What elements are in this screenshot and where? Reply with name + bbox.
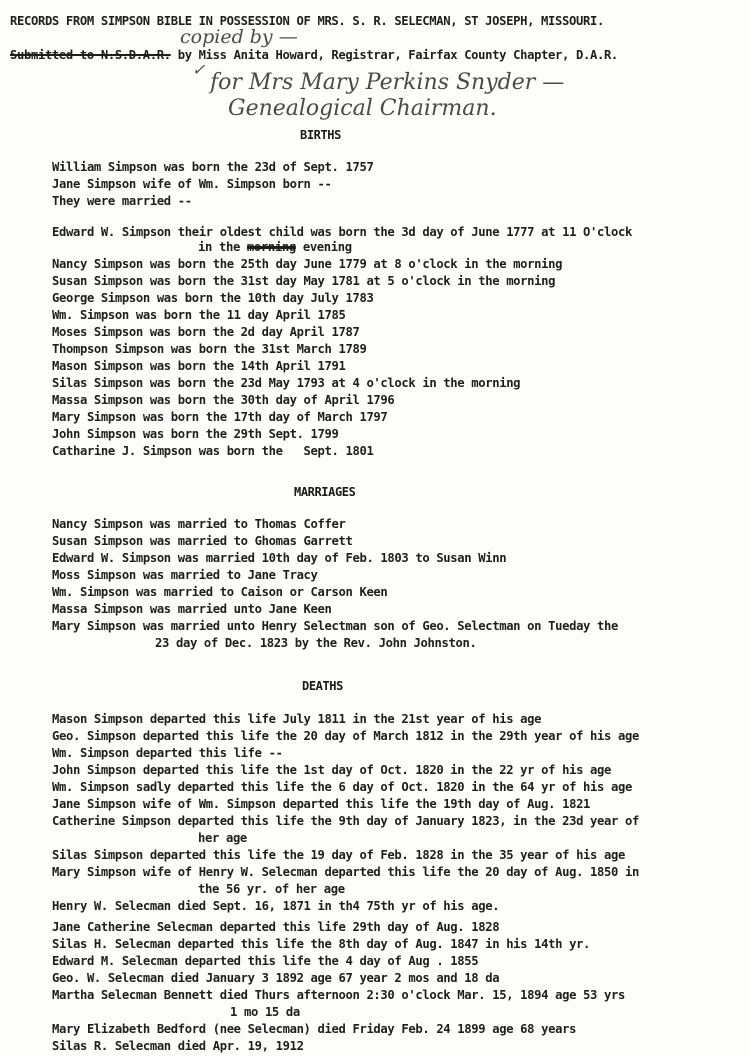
births-entry: Susan Simpson was born the 31st day May … [52, 274, 555, 288]
births-heading: BIRTHS [300, 128, 341, 142]
deaths-entry: Mary Elizabeth Bedford (nee Selecman) di… [52, 1022, 576, 1036]
births-entry: Catharine J. Simpson was born the Sept. … [52, 444, 373, 458]
deaths-entry: 1 mo 15 da [230, 1005, 300, 1019]
births-entry: Jane Simpson wife of Wm. Simpson born -- [52, 177, 332, 191]
marriages-entry: Edward W. Simpson was married 10th day o… [52, 551, 506, 565]
marriages-entry: Moss Simpson was married to Jane Tracy [52, 568, 318, 582]
marriages-entry: Nancy Simpson was married to Thomas Coff… [52, 517, 345, 531]
births-entry: George Simpson was born the 10th day Jul… [52, 291, 373, 305]
deaths-entry: Edward M. Selecman departed this life th… [52, 954, 478, 968]
submitted-by-text: by Miss Anita Howard, Registrar, Fairfax… [171, 48, 618, 62]
births-entry: Wm. Simpson was born the 11 day April 17… [52, 308, 345, 322]
marriages-entry: Massa Simpson was married unto Jane Keen [52, 602, 332, 616]
deaths-entry: Geo. W. Selecman died January 3 1892 age… [52, 971, 499, 985]
births-entry: John Simpson was born the 29th Sept. 179… [52, 427, 339, 441]
deaths-entry: Silas Simpson departed this life the 19 … [52, 848, 625, 862]
deaths-entry: John Simpson departed this life the 1st … [52, 763, 611, 777]
births-entry: Mason Simpson was born the 14th April 17… [52, 359, 345, 373]
marriages-entry: Susan Simpson was married to Ghomas Garr… [52, 534, 352, 548]
document-title: RECORDS FROM SIMPSON BIBLE IN POSSESSION… [10, 14, 604, 28]
deaths-heading: DEATHS [302, 679, 343, 693]
deaths-entry: Silas R. Selecman died Apr. 19, 1912 [52, 1039, 304, 1053]
births-entry: Silas Simpson was born the 23d May 1793 … [52, 376, 520, 390]
continuation-suffix: evening [296, 240, 352, 254]
struck-submitted-text: Submitted to N.S.D.A.R. [10, 48, 171, 62]
births-entry: Edward W. Simpson their oldest child was… [52, 225, 632, 239]
deaths-entry: Wm. Simpson sadly departed this life the… [52, 780, 632, 794]
deaths-entry: Catherine Simpson departed this life the… [52, 814, 639, 828]
handwritten-note-line1: for Mrs Mary Perkins Snyder — [210, 70, 564, 95]
deaths-entry: Henry W. Selecman died Sept. 16, 1871 in… [52, 899, 499, 913]
births-entry: Mary Simpson was born the 17th day of Ma… [52, 410, 387, 424]
births-entry: Moses Simpson was born the 2d day April … [52, 325, 359, 339]
handwritten-copied-by: copied by — [180, 26, 298, 48]
deaths-entry: Jane Simpson wife of Wm. Simpson departe… [52, 797, 590, 811]
births-entry: Thompson Simpson was born the 31st March… [52, 342, 366, 356]
deaths-entry: the 56 yr. of her age [198, 882, 345, 896]
marriages-heading: MARRIAGES [294, 485, 355, 499]
deaths-entry: Mason Simpson departed this life July 18… [52, 712, 541, 726]
struck-word: morning [247, 240, 296, 254]
marriages-entry: Mary Simpson was married unto Henry Sele… [52, 619, 618, 633]
check-mark-icon: ✓ [192, 60, 205, 79]
births-entry: William Simpson was born the 23d of Sept… [52, 160, 373, 174]
deaths-entry: Mary Simpson wife of Henry W. Selecman d… [52, 865, 639, 879]
deaths-entry: Silas H. Selecman departed this life the… [52, 937, 590, 951]
marriages-entry: Wm. Simpson was married to Caison or Car… [52, 585, 387, 599]
deaths-entry: Wm. Simpson departed this life -- [52, 746, 283, 760]
continuation-prefix: in the [198, 240, 247, 254]
deaths-entry: Jane Catherine Selecman departed this li… [52, 920, 499, 934]
deaths-entry: Geo. Simpson departed this life the 20 d… [52, 729, 639, 743]
deaths-entry: Martha Selecman Bennett died Thurs after… [52, 988, 625, 1002]
marriages-entry: 23 day of Dec. 1823 by the Rev. John Joh… [155, 636, 476, 650]
handwritten-note-line2: Genealogical Chairman. [228, 96, 497, 121]
births-entry: Massa Simpson was born the 30th day of A… [52, 393, 394, 407]
births-entry: Nancy Simpson was born the 25th day June… [52, 257, 562, 271]
submitted-line: Submitted to N.S.D.A.R. by Miss Anita Ho… [10, 48, 618, 62]
birth-continuation: in the morning evening [198, 240, 352, 254]
births-entry: They were married -- [52, 194, 192, 208]
deaths-entry: her age [198, 831, 247, 845]
